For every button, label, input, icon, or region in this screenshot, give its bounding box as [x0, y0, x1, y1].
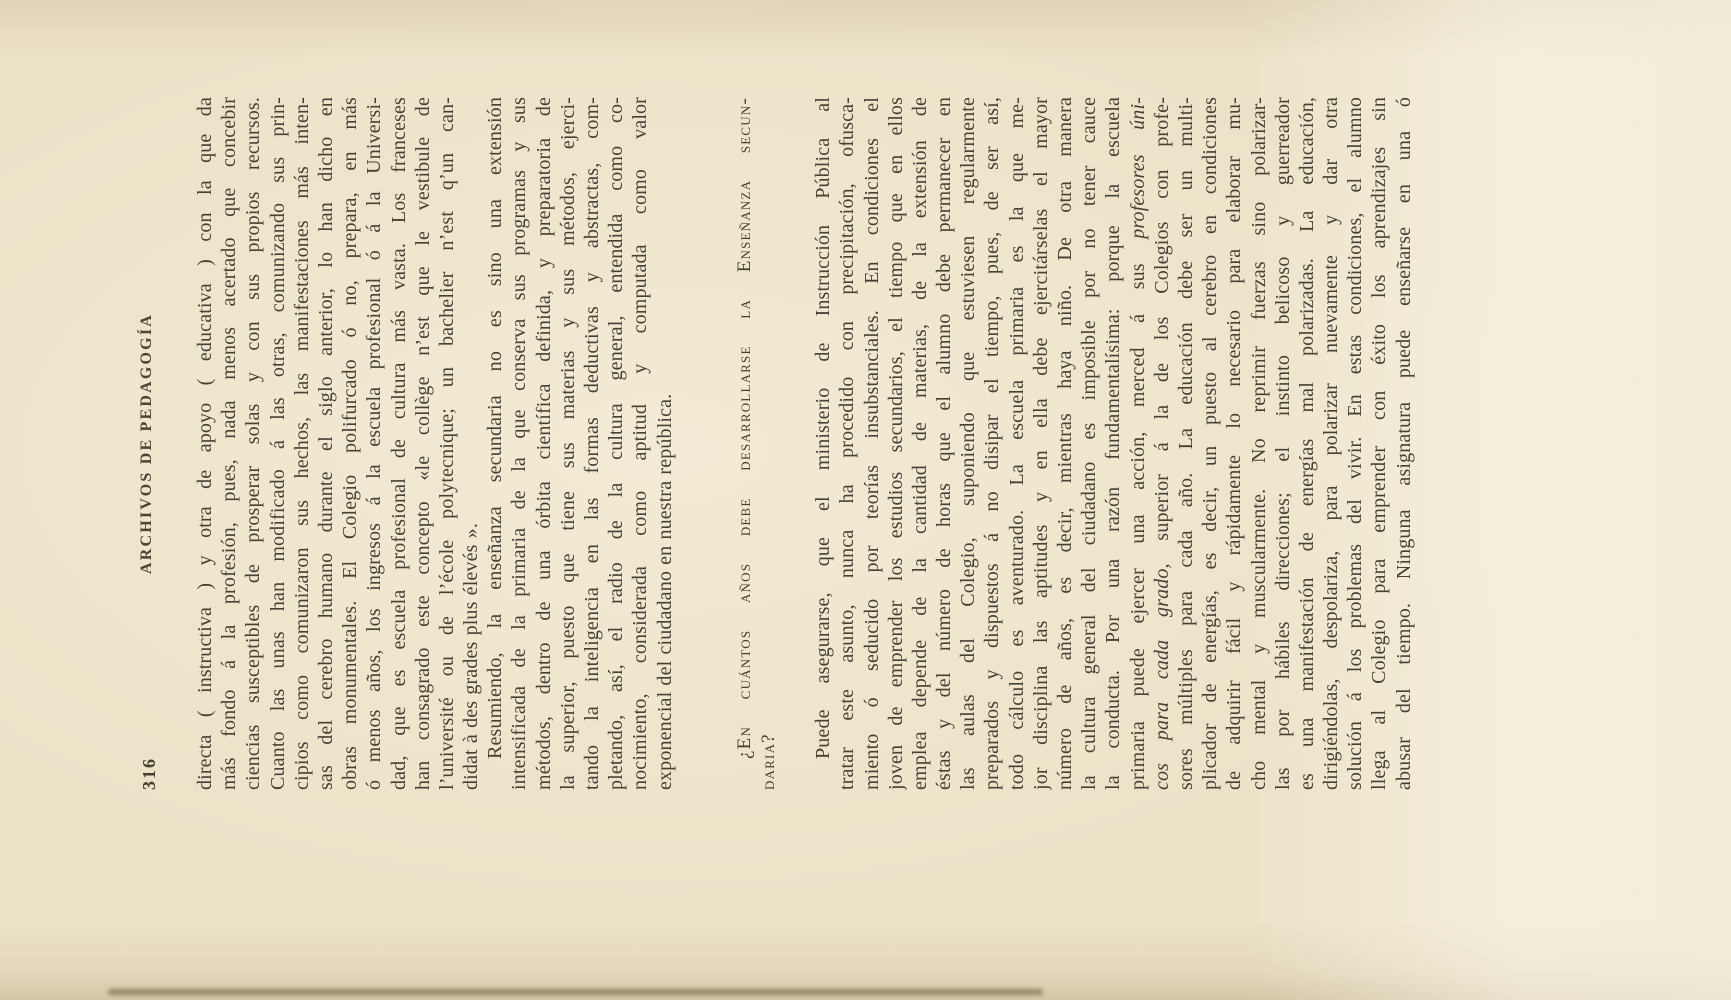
- body-text: daria?: [758, 733, 779, 790]
- body-text: dirigiéndolas, despolariza, para polariz…: [1320, 97, 1342, 790]
- body-text: éstas y del número de horas que el alumn…: [933, 97, 955, 790]
- text-line: dad, que es escuela profesional de cultu…: [387, 97, 411, 790]
- body-text: número de años, es decir, mientras haya …: [1054, 97, 1076, 790]
- text-line: cos para cada grado, superior á la de lo…: [1150, 97, 1174, 790]
- text-line: tando la inteligencia en las formas dedu…: [580, 97, 604, 790]
- paragraph: Resumiendo, la enseñanza secundaria no e…: [483, 97, 677, 790]
- body-text: miento ó seducido por teorías insubstanc…: [861, 97, 883, 790]
- body-text: han consagrado este concepto «le collège…: [412, 97, 434, 790]
- body-text: Cuanto las unas han modificado á las otr…: [267, 97, 289, 790]
- body-text: la superior, puesto que tiene sus materi…: [557, 97, 579, 790]
- body-text: abusar del tiempo. Ninguna asignatura pu…: [1393, 97, 1415, 790]
- text-line: ó menos años, los ingresos á la escuela …: [362, 97, 386, 790]
- text-line: éstas y del número de horas que el alumn…: [932, 97, 956, 790]
- text-line: emplea depende de la cantidad de materia…: [908, 97, 932, 790]
- body-text: de adquirir fácil y rápidamente lo neces…: [1223, 97, 1245, 790]
- text-line: pletando, así, el radio de la cultura ge…: [604, 97, 628, 790]
- body-text: Puede asegurarse, que el ministerio de I…: [812, 97, 834, 759]
- heading-line: daria?: [757, 97, 781, 790]
- section-heading: ¿En cuántos años debe desarrollarse la E…: [733, 97, 781, 790]
- text-line: de adquirir fácil y rápidamente lo neces…: [1222, 97, 1246, 790]
- text-line: directa ( instructiva ) y otra de apoyo …: [193, 97, 217, 790]
- text-line: didat à des grades plus élevés ».: [459, 97, 483, 790]
- body-text: todo cálculo es aventurado. La escuela p…: [1006, 97, 1028, 790]
- gutter-shadow: [108, 989, 1043, 995]
- body-text: cipios como comunizaron sus hechos, las …: [291, 97, 313, 790]
- text-line: Puede asegurarse, que el ministerio de I…: [811, 97, 835, 790]
- body-text: jor disciplina las aptitudes y en ella d…: [1030, 97, 1052, 790]
- paragraph: Puede asegurarse, que el ministerio de I…: [811, 97, 1416, 790]
- body-text: intensificada de la primaria de la que c…: [508, 97, 530, 790]
- body-text: las por hábiles direcciones; el instinto…: [1272, 97, 1294, 790]
- body-text: preparados y dispuestos á no disipar el …: [981, 97, 1003, 790]
- text-line: sores múltiples para cada año. La educac…: [1174, 97, 1198, 790]
- body-text: dad, que es escuela profesional de cultu…: [388, 97, 410, 790]
- body-text: cho mental y muscularmente. No reprimir …: [1248, 97, 1270, 790]
- text-line: miento ó seducido por teorías insubstanc…: [860, 97, 884, 790]
- text-block: directa ( instructiva ) y otra de apoyo …: [193, 97, 1416, 790]
- text-line: dirigiéndolas, despolariza, para polariz…: [1319, 97, 1343, 790]
- text-line: jor disciplina las aptitudes y en ella d…: [1029, 97, 1053, 790]
- italic-text: profesores úni-: [1127, 97, 1149, 239]
- page-number: 316: [139, 757, 160, 790]
- text-line: solución á los problemas del vivir. En e…: [1343, 97, 1367, 790]
- body-text: plicador de energías, es decir, un puest…: [1199, 97, 1221, 790]
- body-text: solución á los problemas del vivir. En e…: [1344, 97, 1366, 790]
- body-text: ¿En cuántos años debe desarrollarse la E…: [734, 97, 755, 759]
- body-text: emplea depende de la cantidad de materia…: [909, 97, 931, 790]
- paragraph: directa ( instructiva ) y otra de apoyo …: [193, 97, 483, 790]
- body-text: obras monumentales. El Colegio polifurca…: [339, 97, 361, 790]
- text-line: las aulas del Colegio, suponiendo que es…: [956, 97, 980, 790]
- text-line: Cuanto las unas han modificado á las otr…: [266, 97, 290, 790]
- text-line: es una manifestación de energías mal pol…: [1295, 97, 1319, 790]
- body-text: es una manifestación de energías mal pol…: [1296, 97, 1318, 790]
- body-text: ó menos años, los ingresos á la escuela …: [363, 97, 385, 790]
- body-text: tando la inteligencia en las formas dedu…: [581, 97, 603, 790]
- body-text: superior á la de los Colegios con profe-: [1151, 97, 1173, 563]
- body-text: ciencias susceptibles de prosperar solas…: [242, 97, 264, 790]
- text-line: la cultura general del ciudadano es impo…: [1077, 97, 1101, 790]
- text-line: preparados y dispuestos á no disipar el …: [980, 97, 1004, 790]
- text-line: primaria puede ejercer una acción, merce…: [1126, 97, 1150, 790]
- text-line: nocimiento, considerada como aptitud y c…: [628, 97, 652, 790]
- body-text: tratar este asunto, nunca ha procedido c…: [836, 97, 858, 790]
- text-line: más fondo á la profesión, pues, nada men…: [217, 97, 241, 790]
- text-line: cho mental y muscularmente. No reprimir …: [1247, 97, 1271, 790]
- text-line: abusar del tiempo. Ninguna asignatura pu…: [1392, 97, 1416, 790]
- text-line: han consagrado este concepto «le collège…: [411, 97, 435, 790]
- body-text: sas del cerebro humano durante el siglo …: [315, 97, 337, 790]
- body-text: exponencial del ciudadano en nuestra rep…: [654, 394, 676, 790]
- text-line: la superior, puesto que tiene sus materi…: [556, 97, 580, 790]
- running-head: ARCHIVOS DE PEDAGOGÍA: [138, 97, 156, 790]
- text-line: sas del cerebro humano durante el siglo …: [314, 97, 338, 790]
- text-line: plicador de energías, es decir, un puest…: [1198, 97, 1222, 790]
- body-text: primaria puede ejercer una acción, merce…: [1127, 239, 1149, 790]
- text-line: Resumiendo, la enseñanza secundaria no e…: [483, 97, 507, 790]
- italic-text: cos para cada grado,: [1151, 563, 1173, 790]
- text-line: métodos, dentro de una órbita científica…: [532, 97, 556, 790]
- text-line: l’université ou de l’école polytecnique;…: [435, 97, 459, 790]
- text-line: todo cálculo es aventurado. La escuela p…: [1005, 97, 1029, 790]
- body-text: nocimiento, considerada como aptitud y c…: [629, 97, 651, 790]
- body-text: directa ( instructiva ) y otra de apoyo …: [194, 97, 216, 790]
- body-text: joven de emprender los estudios secundar…: [885, 97, 907, 790]
- body-text: l’université ou de l’école polytecnique;…: [436, 97, 458, 790]
- heading-line: ¿En cuántos años debe desarrollarse la E…: [733, 97, 757, 790]
- text-line: número de años, es decir, mientras haya …: [1053, 97, 1077, 790]
- body-text: la cultura general del ciudadano es impo…: [1078, 97, 1100, 790]
- running-head-row: 316 ARCHIVOS DE PEDAGOGÍA: [138, 97, 164, 790]
- text-line: las por hábiles direcciones; el instinto…: [1271, 97, 1295, 790]
- text-line: ciencias susceptibles de prosperar solas…: [241, 97, 265, 790]
- scanned-book-spread: 316 ARCHIVOS DE PEDAGOGÍA directa ( inst…: [0, 0, 1731, 1000]
- text-line: llega al Colegio para emprender con éxit…: [1367, 97, 1391, 790]
- body-text: Resumiendo, la enseñanza secundaria no e…: [484, 97, 506, 759]
- body-text: las aulas del Colegio, suponiendo que es…: [957, 97, 979, 790]
- text-line: tratar este asunto, nunca ha procedido c…: [835, 97, 859, 790]
- body-text: la conducta. Por una razón fundamentalís…: [1102, 97, 1124, 790]
- paper-page: 316 ARCHIVOS DE PEDAGOGÍA directa ( inst…: [0, 0, 1731, 1000]
- body-text: más fondo á la profesión, pues, nada men…: [218, 97, 240, 790]
- body-text: sores múltiples para cada año. La educac…: [1175, 97, 1197, 790]
- text-line: obras monumentales. El Colegio polifurca…: [338, 97, 362, 790]
- text-line: cipios como comunizaron sus hechos, las …: [290, 97, 314, 790]
- text-line: joven de emprender los estudios secundar…: [884, 97, 908, 790]
- text-line: exponencial del ciudadano en nuestra rep…: [653, 97, 677, 790]
- text-line: intensificada de la primaria de la que c…: [507, 97, 531, 790]
- body-text: métodos, dentro de una órbita científica…: [533, 97, 555, 790]
- text-line: la conducta. Por una razón fundamentalís…: [1101, 97, 1125, 790]
- body-text: didat à des grades plus élevés ».: [460, 523, 482, 790]
- body-text: pletando, así, el radio de la cultura ge…: [605, 97, 627, 790]
- body-text: llega al Colegio para emprender con éxit…: [1368, 97, 1390, 790]
